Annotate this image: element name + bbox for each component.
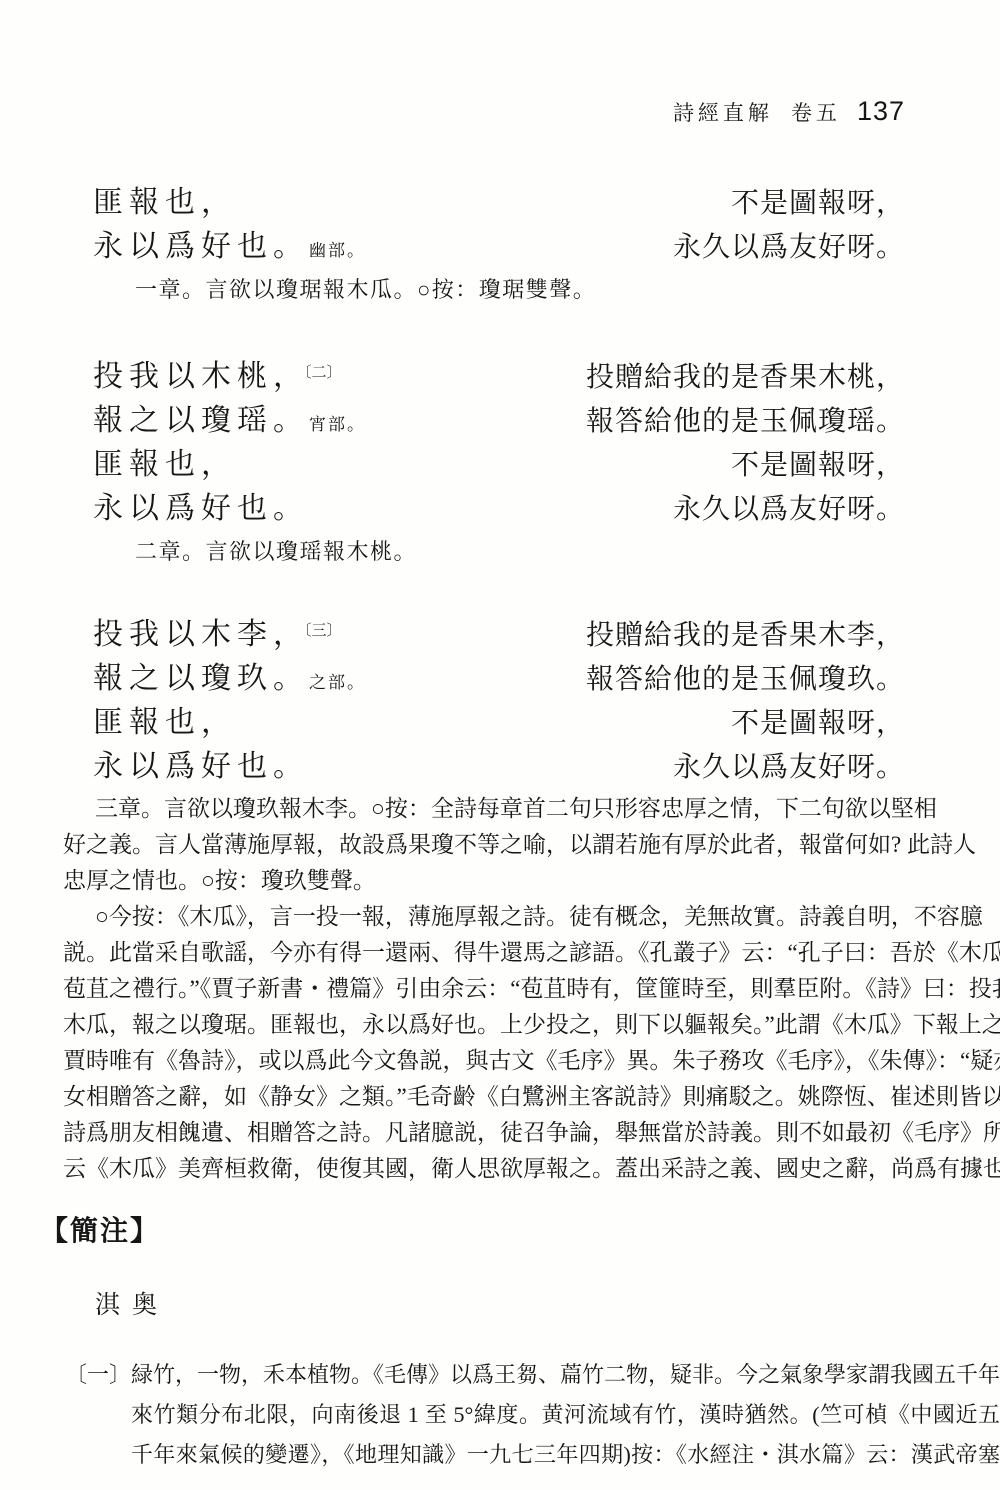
footnote-ref: 〔三〕 bbox=[304, 623, 342, 639]
translation-verse: 永久以爲友好呀。 bbox=[673, 745, 905, 785]
footnote-ref: 〔二〕 bbox=[304, 365, 342, 381]
poem-row: 匪報也， 不是圖報呀， bbox=[93, 177, 905, 221]
footnotes: 〔一〕 緑竹，一物，禾本植物。《毛傳》以爲王芻、萹竹二物，疑非。今之氣象學家謂我… bbox=[0, 1355, 1000, 1475]
original-verse: 永以爲好也。幽部。 bbox=[93, 221, 366, 265]
footnote-item: 〔一〕 緑竹，一物，禾本植物。《毛傳》以爲王芻、萹竹二物，疑非。今之氣象學家謂我… bbox=[65, 1355, 935, 1475]
poem-row: 投我以木李，〔三〕 投贈給我的是香果木李， bbox=[93, 609, 905, 653]
chapter-summary: 一章。言欲以瓊琚報木瓜。○按：瓊琚雙聲。 bbox=[135, 265, 905, 311]
poem-row: 永以爲好也。幽部。 永久以爲友好呀。 bbox=[93, 221, 905, 265]
rhyme-note: 之部。 bbox=[309, 673, 366, 692]
commentary-line: 説。此當采自歌謡，今亦有得一還兩、得牛還馬之諺語。《孔叢子》云：“孔子曰：吾於《… bbox=[63, 935, 935, 971]
poem-row: 永以爲好也。 永久以爲友好呀。 bbox=[93, 741, 905, 785]
commentary-line: 詩爲朋友相餽遺、相贈答之詩。凡諸臆説，徒召争論，舉無當於詩義。則不如最初《毛序》… bbox=[63, 1115, 935, 1151]
original-verse: 匪報也， bbox=[93, 177, 237, 221]
translation-verse: 投贈給我的是香果木李， bbox=[586, 613, 905, 653]
commentary-line: 好之義。言人當薄施厚報，故設爲果瓊不等之喻，以謂若施有厚於此者，報當何如? 此詩… bbox=[63, 827, 935, 863]
rhyme-note: 宵部。 bbox=[309, 415, 366, 434]
footnote-line: 緑竹，一物，禾本植物。《毛傳》以爲王芻、萹竹二物，疑非。今之氣象學家謂我國五千年 bbox=[131, 1355, 1000, 1395]
poem-area: 匪報也， 不是圖報呀， 永以爲好也。幽部。 永久以爲友好呀。 一章。言欲以瓊琚報… bbox=[0, 177, 1000, 785]
commentary-line: 木瓜，報之以瓊琚。匪報也，永以爲好也。上少投之，則下以軀報矣。”此謂《木瓜》下報… bbox=[63, 1007, 935, 1043]
commentary-chapter3: 三章。言欲以瓊玖報木李。○按：全詩每章首二句只形容忠厚之情，下二句欲以堅相 好之… bbox=[0, 791, 1000, 899]
book-page: 詩經直解 卷五 137 匪報也， 不是圖報呀， 永以爲好也。幽部。 永久以爲友好… bbox=[0, 0, 1000, 1490]
translation-verse: 永久以爲友好呀。 bbox=[673, 487, 905, 527]
original-verse: 投我以木李，〔三〕 bbox=[93, 609, 342, 653]
original-verse: 匪報也， bbox=[93, 697, 237, 741]
translation-verse: 報答給他的是玉佩瓊瑶。 bbox=[586, 399, 905, 439]
footnote-line: 來竹類分布北限，向南後退 1 至 5°緯度。黄河流域有竹，漢時猶然。(竺可楨《中… bbox=[131, 1395, 1000, 1435]
stanza-2: 投我以木桃，〔二〕 投贈給我的是香果木桃， 報之以瓊瑶。宵部。 報答給他的是玉佩… bbox=[93, 351, 905, 573]
poem-row: 報之以瓊玖。之部。 報答給他的是玉佩瓊玖。 bbox=[93, 653, 905, 697]
stanza-1: 匪報也， 不是圖報呀， 永以爲好也。幽部。 永久以爲友好呀。 一章。言欲以瓊琚報… bbox=[93, 177, 905, 311]
chapter-summary: 二章。言欲以瓊瑶報木桃。 bbox=[135, 527, 905, 573]
footnote-line: 千年來氣候的變遷》，《地理知識》一九七三年四期)按：《水經注・淇水篇》云：漢武帝… bbox=[131, 1435, 1000, 1475]
poem-title-qiyu: 淇奥 bbox=[0, 1285, 1000, 1321]
volume-label: 卷五 bbox=[791, 97, 841, 127]
original-verse: 報之以瓊玖。之部。 bbox=[93, 653, 366, 697]
commentary-line: 苞苴之禮行。”《賈子新書・禮篇》引由余云：“苞苴時有，筐篚時至，則羣臣附。《詩》… bbox=[63, 971, 935, 1007]
original-verse: 永以爲好也。 bbox=[93, 741, 309, 785]
commentary-line: 三章。言欲以瓊玖報木李。○按：全詩每章首二句只形容忠厚之情，下二句欲以堅相 bbox=[63, 791, 935, 827]
translation-verse: 不是圖報呀， bbox=[731, 443, 905, 483]
commentary-line: ○今按：《木瓜》，言一投一報，薄施厚報之詩。徒有概念，羌無故實。詩義自明，不容臆 bbox=[63, 899, 935, 935]
original-verse: 匪報也， bbox=[93, 439, 237, 483]
translation-verse: 不是圖報呀， bbox=[731, 701, 905, 741]
translation-verse: 報答給他的是玉佩瓊玖。 bbox=[586, 657, 905, 697]
footnote-text: 緑竹，一物，禾本植物。《毛傳》以爲王芻、萹竹二物，疑非。今之氣象學家謂我國五千年… bbox=[131, 1355, 1000, 1475]
rhyme-note: 幽部。 bbox=[309, 241, 366, 260]
commentary-line: 女相贈答之辭，如《静女》之類。”毛奇齡《白鷺洲主客説詩》則痛駁之。姚際恆、崔述則… bbox=[63, 1079, 935, 1115]
translation-verse: 不是圖報呀， bbox=[731, 181, 905, 221]
commentary-line: 賈時唯有《魯詩》，或以爲此今文魯説，與古文《毛序》異。朱子務攻《毛序》，《朱傳》… bbox=[63, 1043, 935, 1079]
stanza-3: 投我以木李，〔三〕 投贈給我的是香果木李， 報之以瓊玖。之部。 報答給他的是玉佩… bbox=[93, 609, 905, 785]
translation-verse: 永久以爲友好呀。 bbox=[673, 225, 905, 265]
commentary-line: 云《木瓜》美齊桓救衛，使復其國，衛人思欲厚報之。蓋出采詩之義、國史之辭，尚爲有據… bbox=[63, 1151, 935, 1187]
poem-row: 匪報也， 不是圖報呀， bbox=[93, 697, 905, 741]
section-heading-jianzhu: 【簡注】 bbox=[0, 1209, 1000, 1249]
original-verse: 報之以瓊瑶。宵部。 bbox=[93, 395, 366, 439]
poem-row: 投我以木桃，〔二〕 投贈給我的是香果木桃， bbox=[93, 351, 905, 395]
commentary-editor-note: ○今按：《木瓜》，言一投一報，薄施厚報之詩。徒有概念，羌無故實。詩義自明，不容臆… bbox=[0, 899, 1000, 1187]
poem-row: 報之以瓊瑶。宵部。 報答給他的是玉佩瓊瑶。 bbox=[93, 395, 905, 439]
original-verse: 永以爲好也。 bbox=[93, 483, 309, 527]
footnote-marker: 〔一〕 bbox=[65, 1355, 131, 1475]
translation-verse: 投贈給我的是香果木桃， bbox=[586, 355, 905, 395]
commentary-line: 忠厚之情也。○按：瓊玖雙聲。 bbox=[63, 863, 935, 899]
book-title: 詩經直解 bbox=[673, 97, 773, 127]
original-verse: 投我以木桃，〔二〕 bbox=[93, 351, 342, 395]
poem-row: 永以爲好也。 永久以爲友好呀。 bbox=[93, 483, 905, 527]
poem-row: 匪報也， 不是圖報呀， bbox=[93, 439, 905, 483]
running-head: 詩經直解 卷五 137 bbox=[0, 0, 1000, 127]
page-number: 137 bbox=[857, 96, 905, 127]
